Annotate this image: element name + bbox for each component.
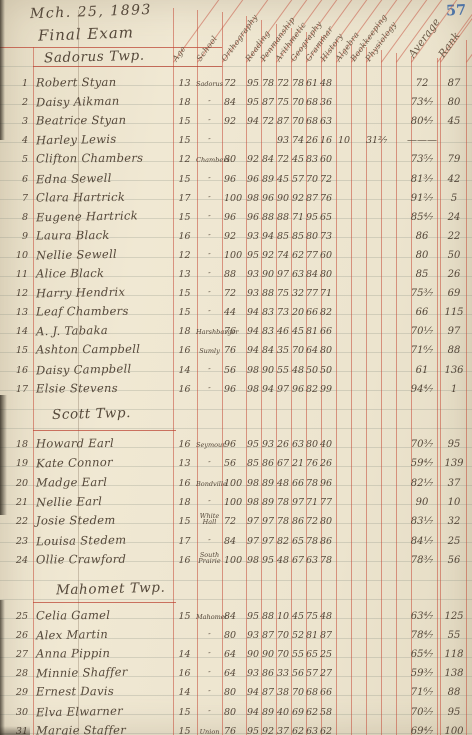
average-value: 85⁴⁄₇	[406, 212, 438, 223]
table-row: 13Leaf Chambers15″4494837320668266115	[0, 300, 472, 319]
rank-value: 50	[440, 250, 468, 261]
row-number: 10	[6, 250, 28, 261]
age-value: 13	[174, 458, 195, 469]
rank-value: 56	[440, 555, 468, 566]
row-number: 18	[6, 439, 28, 450]
score-value: 76	[224, 326, 242, 337]
score-value: 60	[320, 250, 338, 261]
score-value: 86	[320, 536, 338, 547]
table-row: 21Nellie Earl18″1009889789771779010	[0, 490, 472, 509]
table-row: 16Daisy Campbell14″5698905548505061136	[0, 358, 472, 377]
student-name: Ollie Crawford	[36, 551, 176, 566]
school-value: ″	[196, 196, 223, 202]
school-value: ″	[196, 215, 223, 221]
age-value: 14	[174, 649, 195, 660]
student-name: Alice Black	[36, 266, 176, 281]
table-row: 5Clifton Chambers12Chambers8092847245836…	[0, 147, 472, 166]
row-number: 4	[6, 135, 28, 146]
age-value: 18	[174, 326, 195, 337]
average-value: 73⁵⁄₇	[406, 154, 438, 165]
score-value: 100	[224, 478, 242, 489]
row-number: 15	[6, 345, 28, 356]
school-value: ″	[196, 710, 223, 716]
student-name: Harry Hendrix	[36, 284, 176, 301]
school-value: White Hall	[196, 513, 223, 525]
age-value: 15	[174, 307, 195, 318]
school-value: ″	[196, 387, 223, 393]
score-value: 78	[320, 555, 338, 566]
rank-value: 138	[440, 668, 468, 679]
average-value: 78⁴⁄₇	[406, 630, 438, 641]
rank-value: 97	[440, 326, 468, 337]
score-value: 96	[320, 478, 338, 489]
school-value: Sadorus	[196, 81, 223, 87]
score-value: 84	[224, 611, 242, 622]
school-value: ″	[196, 100, 223, 106]
rank-value: 88	[440, 345, 468, 356]
school-value: Mahomet	[196, 614, 223, 620]
student-name: Josie Stedem	[36, 513, 176, 528]
row-number: 21	[6, 497, 28, 508]
age-value: 15	[174, 212, 195, 223]
table-row: 17Elsie Stevens16″9698949796829994⁴⁄₇1	[0, 377, 472, 396]
exam-title: Final Exam	[38, 23, 135, 44]
score-value: 76	[224, 726, 242, 735]
school-value: ″	[196, 671, 223, 677]
section-heading: Sadorus Twp.	[44, 48, 145, 67]
score-value: 96	[224, 439, 242, 450]
table-row: 8Eugene Hartrick15″9696888871956585⁴⁄₇24	[0, 205, 472, 224]
student-name: Eugene Hartrick	[36, 207, 176, 224]
rank-value: 37	[440, 478, 468, 489]
score-value: 80	[320, 516, 338, 527]
age-value: 12	[174, 154, 195, 165]
student-name: Ernest Davis	[36, 684, 176, 699]
score-value: 48	[320, 611, 338, 622]
score-value: 92	[224, 231, 242, 242]
row-number: 7	[6, 193, 28, 204]
score-value: 65	[320, 212, 338, 223]
table-row: 26Alex Martin″8093877052818778⁴⁄₇55	[0, 623, 472, 642]
average-value: 72	[406, 78, 438, 89]
table-row: 28Minnie Shaffer16″6493863356572759³⁄₇13…	[0, 661, 472, 680]
school-value: South Prairie	[196, 552, 223, 564]
rank-value: 87	[440, 78, 468, 89]
table-row: 25Celia Gamel15Mahomet8495881045754863⁴⁄…	[0, 604, 472, 623]
section-underline	[33, 66, 222, 68]
student-name: Howard Earl	[36, 436, 176, 451]
score-value: 87	[320, 630, 338, 641]
row-number: 26	[6, 630, 28, 641]
score-value: 96	[224, 212, 242, 223]
score-value: 66	[320, 326, 338, 337]
student-name: Clifton Chambers	[36, 151, 176, 166]
average-value: 63⁴⁄₇	[406, 611, 438, 622]
score-value: 71	[320, 288, 338, 299]
school-value: ″	[196, 234, 223, 240]
table-row: 2Daisy Aikman18″8495877570683673⁴⁄₇80	[0, 90, 472, 109]
row-number: 19	[6, 458, 28, 469]
school-value: ″	[196, 368, 223, 374]
score-value: 48	[320, 78, 338, 89]
student-name: Anna Pippin	[36, 646, 176, 661]
age-value: 15	[174, 288, 195, 299]
row-number: 20	[6, 478, 28, 489]
rank-value: 5	[440, 193, 468, 204]
school-value: ″	[196, 253, 223, 259]
average-value: 70³⁄₇	[406, 439, 438, 450]
row-number: 13	[6, 307, 28, 318]
row-number: 1	[6, 78, 28, 89]
score-value: 56	[224, 458, 242, 469]
rank-value: 24	[440, 212, 468, 223]
table-row: 27Anna Pippin14″6490907055652565⁴⁄₇118	[0, 642, 472, 661]
rank-value: 26	[440, 269, 468, 280]
table-row: 9Laura Black16″929394858580738622	[0, 224, 472, 243]
age-value: 15	[174, 516, 195, 527]
rank-value: 32	[440, 516, 468, 527]
age-value: 16	[174, 478, 195, 489]
average-value: 78³⁄₇	[406, 555, 438, 566]
average-value: 80	[406, 250, 438, 261]
average-value: 84¹⁄₇	[406, 536, 438, 547]
rank-value: 10	[440, 497, 468, 508]
row-number: 24	[6, 555, 28, 566]
rank-value: 100	[440, 726, 468, 735]
rank-value: 55	[440, 630, 468, 641]
age-value: 16	[174, 384, 195, 395]
table-row: 10Nellie Sewell12″1009592746277608050	[0, 243, 472, 262]
rank-value: 139	[440, 458, 468, 469]
average-value: 86	[406, 231, 438, 242]
table-row: 6Edna Sewell15″9696894557707281³⁄₇42	[0, 167, 472, 186]
age-value: 15	[174, 174, 195, 185]
age-value: 18	[174, 497, 195, 508]
school-value: Chambers	[196, 157, 223, 163]
row-number: 23	[6, 536, 28, 547]
student-name: Louisa Stedem	[36, 531, 176, 548]
ledger-page: Mch. 25, 1893 Final Exam 57 AgeSchoolOrt…	[0, 0, 472, 735]
average-value: 73⁴⁄₇	[406, 97, 438, 108]
score-value: 36	[320, 97, 338, 108]
score-value: 27	[320, 668, 338, 679]
score-value: 82	[320, 307, 338, 318]
average-value: 83¹⁄₇	[406, 516, 438, 527]
score-value: 99	[320, 384, 338, 395]
row-number: 8	[6, 212, 28, 223]
score-value: 96	[224, 384, 242, 395]
student-name: A. J. Tabaka	[36, 322, 176, 339]
student-name: Margie Staffer	[36, 722, 176, 735]
score-value: 72	[224, 78, 242, 89]
average-value: 65⁴⁄₇	[406, 649, 438, 660]
score-value: 64	[224, 668, 242, 679]
section-underline	[33, 602, 176, 604]
student-name: Leaf Chambers	[36, 304, 176, 319]
average-value: 85	[406, 269, 438, 280]
age-value: 14	[174, 365, 195, 376]
student-name: Minnie Shaffer	[36, 664, 176, 681]
average-value: 70²⁄₇	[406, 707, 438, 718]
age-value: 15	[174, 726, 195, 735]
age-value: 16	[174, 439, 195, 450]
student-name: Edna Sewell	[36, 169, 176, 186]
average-value: 81³⁄₇	[406, 174, 438, 185]
rank-value: 22	[440, 231, 468, 242]
age-value: 17	[174, 193, 195, 204]
score-value: 80	[224, 154, 242, 165]
school-value: ″	[196, 310, 223, 316]
column-header: Rank	[436, 30, 463, 60]
rank-value: 118	[440, 649, 468, 660]
student-name: Ashton Campbell	[36, 342, 176, 357]
section-heading: Mahomet Twp.	[56, 580, 166, 599]
score-value: 66	[320, 687, 338, 698]
score-value: 25	[320, 649, 338, 660]
score-value: 80	[224, 630, 242, 641]
school-value: ″	[196, 272, 223, 278]
rank-value: 88	[440, 687, 468, 698]
table-row: 7Clara Hartrick17″10098969092877691²⁄₇5	[0, 186, 472, 205]
age-value: 16	[174, 345, 195, 356]
school-value: Bondville	[196, 481, 223, 487]
score-value: 100	[224, 193, 242, 204]
score-value: 96	[224, 174, 242, 185]
average-value: 94⁴⁄₇	[406, 384, 438, 395]
rank-value: 1	[440, 384, 468, 395]
age-value: 18	[174, 97, 195, 108]
school-value: ″	[196, 500, 223, 506]
age-value: 13	[174, 269, 195, 280]
score-value: 100	[224, 555, 242, 566]
table-row: 31Margie Staffer15Union7695923762636269⁴…	[0, 719, 472, 735]
row-number: 14	[6, 326, 28, 337]
table-row: 18Howard Earl16Seymour9695932663804070³⁄…	[0, 432, 472, 451]
age-value: 12	[174, 250, 195, 261]
row-number: 9	[6, 231, 28, 242]
score-value: 31²⁄₇	[366, 135, 394, 146]
score-value: 80	[224, 707, 242, 718]
column-header: School	[195, 34, 219, 63]
average-value: 82¹⁄₇	[406, 478, 438, 489]
row-number: 22	[6, 516, 28, 527]
score-value: 84	[224, 97, 242, 108]
score-value: 76	[224, 345, 242, 356]
table-row: 4Harley Lewis15″937426161031²⁄₇———	[0, 128, 472, 147]
age-value: 16	[174, 231, 195, 242]
rank-value: 79	[440, 154, 468, 165]
score-value: 16	[320, 135, 338, 146]
student-name: Daisy Aikman	[36, 93, 176, 110]
age-value: 16	[174, 668, 195, 679]
rank-value: 125	[440, 611, 468, 622]
average-value: 59³⁄₇	[406, 668, 438, 679]
table-row: 14A. J. Tabaka18Harshbarger7694834645816…	[0, 319, 472, 338]
average-value: 61	[406, 365, 438, 376]
score-value: 63	[320, 116, 338, 127]
average-value: 70¹⁄₇	[406, 326, 438, 337]
average-value: 66	[406, 307, 438, 318]
score-value: 72	[320, 174, 338, 185]
rank-value: 42	[440, 174, 468, 185]
table-row: 23Louisa Stedem17″8497978265788684¹⁄₇25	[0, 529, 472, 548]
student-name: Madge Earl	[36, 474, 176, 489]
table-row: 11Alice Black13″889390976384808526	[0, 262, 472, 281]
row-number: 27	[6, 649, 28, 660]
school-value: Seymour	[196, 442, 223, 448]
school-value: ″	[196, 138, 223, 144]
school-value: Sumly	[196, 348, 223, 354]
average-value: 91²⁄₇	[406, 193, 438, 204]
table-row: 12Harry Hendrix15″7293887532777175³⁄₇69	[0, 281, 472, 300]
rank-value: 80	[440, 97, 468, 108]
student-name: Elsie Stevens	[36, 380, 176, 395]
average-value: 59⁴⁄₇	[406, 458, 438, 469]
school-value: ″	[196, 690, 223, 696]
rank-value: 45	[440, 116, 468, 127]
school-value: ″	[196, 291, 223, 297]
average-value: 69⁴⁄₇	[406, 726, 438, 735]
student-name: Nellie Earl	[36, 493, 176, 510]
rank-value: 136	[440, 365, 468, 376]
score-value: 80	[224, 687, 242, 698]
score-value: 77	[320, 497, 338, 508]
score-value: 73	[320, 231, 338, 242]
student-name: Laura Black	[36, 227, 176, 242]
school-value: ″	[196, 177, 223, 183]
score-value: 56	[224, 365, 242, 376]
table-row: 29Ernest Davis14″8094873870686671⁶⁄₇88	[0, 680, 472, 699]
table-row: 1Robert Styan13Sadorus729578727861487287	[0, 71, 472, 90]
score-value: 80	[320, 269, 338, 280]
row-number: 30	[6, 707, 28, 718]
school-value: ″	[196, 652, 223, 658]
table-row: 19Kate Connor13″5685866721762659⁴⁄₇139	[0, 451, 472, 470]
rank-value: 115	[440, 307, 468, 318]
school-value: ″	[196, 539, 223, 545]
average-value: 71⁶⁄₇	[406, 687, 438, 698]
average-value: 71⁶⁄₇	[406, 345, 438, 356]
score-value: 62	[320, 726, 338, 735]
age-value: 15	[174, 611, 195, 622]
school-value: Union	[196, 729, 223, 735]
score-value: 58	[320, 707, 338, 718]
score-value: 84	[224, 536, 242, 547]
school-value: ″	[196, 119, 223, 125]
table-row: 3Beatrice Styan15″9294728770686380⁴⁄₇45	[0, 109, 472, 128]
row-number: 25	[6, 611, 28, 622]
table-row: 15Ashton Campbell16Sumly7694843570648071…	[0, 338, 472, 357]
section-underline	[33, 430, 176, 432]
rank-value: 25	[440, 536, 468, 547]
student-name: Beatrice Styan	[36, 113, 176, 128]
student-name: Robert Styan	[36, 75, 176, 90]
score-value: 64	[224, 649, 242, 660]
score-value: 50	[320, 365, 338, 376]
age-value: 15	[174, 116, 195, 127]
score-value: 80	[320, 345, 338, 356]
average-value: ———	[406, 135, 438, 146]
score-value: 76	[320, 193, 338, 204]
score-value: 40	[320, 439, 338, 450]
score-value: 10	[338, 135, 354, 146]
score-value: 100	[224, 250, 242, 261]
average-value: 80⁴⁄₇	[406, 116, 438, 127]
ruled-line	[0, 599, 472, 600]
table-row: 22Josie Stedem15White Hall72979778867280…	[0, 509, 472, 528]
student-name: Alex Martin	[36, 626, 176, 643]
school-value: ″	[196, 461, 223, 467]
score-value: 60	[320, 154, 338, 165]
date-note: Mch. 25, 1893	[30, 2, 152, 22]
student-name: Nellie Sewell	[36, 246, 176, 263]
row-number: 16	[6, 365, 28, 376]
row-number: 17	[6, 384, 28, 395]
row-number: 2	[6, 97, 28, 108]
score-value: 88	[224, 269, 242, 280]
age-value: 15	[174, 135, 195, 146]
student-name: Daisy Campbell	[36, 360, 176, 377]
rank-value: 95	[440, 707, 468, 718]
age-value: 17	[174, 536, 195, 547]
age-value: 14	[174, 687, 195, 698]
age-value: 16	[174, 555, 195, 566]
student-name: Elva Elwarner	[36, 702, 176, 719]
row-number: 28	[6, 668, 28, 679]
row-number: 6	[6, 174, 28, 185]
row-number: 11	[6, 269, 28, 280]
rank-value: 95	[440, 439, 468, 450]
score-value: 26	[320, 458, 338, 469]
average-value: 90	[406, 497, 438, 508]
table-row: 30Elva Elwarner15″8094894069625870²⁄₇95	[0, 700, 472, 719]
student-name: Clara Hartrick	[36, 189, 176, 204]
school-value: ″	[196, 633, 223, 639]
age-value: 15	[174, 707, 195, 718]
table-row: 20Madge Earl16Bondville10098894866789682…	[0, 471, 472, 490]
row-number: 3	[6, 116, 28, 127]
row-number: 5	[6, 154, 28, 165]
student-name: Kate Connor	[36, 454, 176, 471]
student-name: Celia Gamel	[36, 608, 176, 623]
score-value: 72	[224, 516, 242, 527]
score-value: 100	[224, 497, 242, 508]
age-value: 13	[174, 78, 195, 89]
average-value: 75³⁄₇	[406, 288, 438, 299]
score-value: 92	[224, 116, 242, 127]
table-row: 24Ollie Crawford16South Prairie100989548…	[0, 548, 472, 567]
score-value: 72	[224, 288, 242, 299]
score-value: 44	[224, 307, 242, 318]
row-number: 31	[6, 726, 28, 735]
section-heading: Scott Twp.	[52, 405, 131, 423]
student-name: Harley Lewis	[36, 131, 176, 148]
row-number: 29	[6, 687, 28, 698]
row-number: 12	[6, 288, 28, 299]
school-value: Harshbarger	[196, 329, 223, 335]
rank-value: 69	[440, 288, 468, 299]
